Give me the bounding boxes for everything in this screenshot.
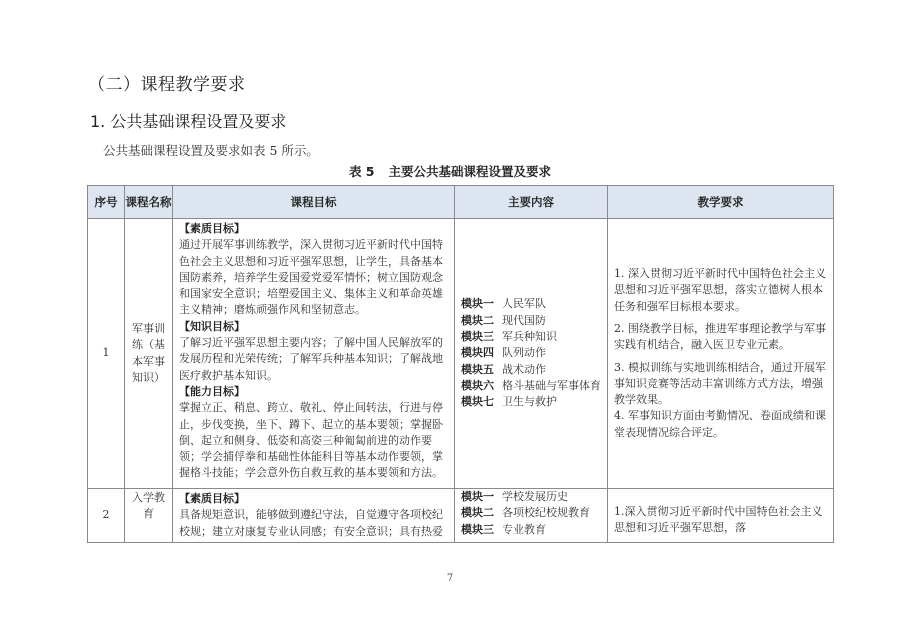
table-row: 2 入学教育 【素质目标】 具备规矩意识，能够做到遵纪守法，自觉遵守各项校纪校规… — [88, 489, 834, 543]
subsection-heading: 1. 公共基础课程设置及要求 — [90, 109, 286, 132]
goal-tag-knowledge: 【知识目标】 — [179, 319, 449, 335]
header-teaching-requirements: 教学要求 — [608, 186, 834, 219]
module-item: 模块二现代国防 — [461, 313, 601, 329]
module-item: 模块六格斗基础与军事体育 — [461, 378, 601, 394]
requirement-item: 1.深入贯彻习近平新时代中国特色社会主义思想和习近平强军思想，落 — [614, 504, 827, 537]
teaching-requirements: 1.深入贯彻习近平新时代中国特色社会主义思想和习近平强军思想，落 — [608, 489, 834, 543]
main-content: 模块一人民军队 模块二现代国防 模块三军兵种知识 模块四队列动作 模块五战术动作… — [455, 219, 608, 489]
goal-text-quality: 具备规矩意识，能够做到遵纪守法，自觉遵守各项校纪校规；建立对康复专业认同感；有安… — [179, 508, 443, 537]
page-number: 7 — [0, 573, 900, 584]
goal-text-ability: 掌握立正、稍息、跨立、敬礼、停止间转法，行进与停止，步伐变换，坐下、蹲下、起立的… — [179, 401, 443, 479]
goal-tag-quality: 【素质目标】 — [179, 221, 449, 237]
header-course-goals: 课程目标 — [173, 186, 455, 219]
intro-paragraph: 公共基础课程设置及要求如表 5 所示。 — [103, 141, 319, 159]
goal-tag-quality: 【素质目标】 — [179, 491, 449, 507]
module-item: 模块四队列动作 — [461, 345, 601, 361]
module-item: 模块三专业教育 — [461, 522, 601, 538]
table-caption-title: 主要公共基础课程设置及要求 — [389, 164, 552, 179]
teaching-requirements: 1. 深入贯彻习近平新时代中国特色社会主义思想和习近平强军思想，落实立德树人根本… — [608, 219, 834, 489]
module-item: 模块三军兵种知识 — [461, 329, 601, 345]
table-header-row: 序号 课程名称 课程目标 主要内容 教学要求 — [88, 186, 834, 219]
header-main-content: 主要内容 — [455, 186, 608, 219]
requirement-item: 1. 深入贯彻习近平新时代中国特色社会主义思想和习近平强军思想，落实立德树人根本… — [614, 266, 827, 315]
row-number: 1 — [88, 219, 125, 489]
course-goals: 【素质目标】 通过开展军事训练教学，深入贯彻习近平新时代中国特色社会主义思想和习… — [173, 219, 455, 489]
requirement-item: 2. 围绕教学目标，推进军事理论教学与军事实践有机结合，融入医卫专业元素。 — [614, 321, 827, 354]
requirement-item: 4. 军事知识方面由考勤情况、卷面成绩和课堂表现情况综合评定。 — [614, 408, 827, 441]
course-name: 入学教育 — [125, 489, 173, 543]
header-course-name: 课程名称 — [125, 186, 173, 219]
table-caption: 表 5主要公共基础课程设置及要求 — [0, 162, 900, 180]
course-goals: 【素质目标】 具备规矩意识，能够做到遵纪守法，自觉遵守各项校纪校规；建立对康复专… — [173, 489, 455, 543]
table-row: 1 军事训练（基本军事知识） 【素质目标】 通过开展军事训练教学，深入贯彻习近平… — [88, 219, 834, 489]
goal-text-quality: 通过开展军事训练教学，深入贯彻习近平新时代中国特色社会主义思想和习近平强军思想，… — [179, 238, 443, 316]
module-item: 模块一人民军队 — [461, 296, 601, 312]
module-item: 模块二各项校纪校规教育 — [461, 505, 601, 521]
goal-text-knowledge: 了解习近平强军思想主要内容；了解中国人民解放军的发展历程和光荣传统；了解军兵种基… — [179, 336, 443, 382]
requirement-item: 3. 模拟训练与实地训练相结合，通过开展军事知识竞赛等活动丰富训练方式方法，增强… — [614, 360, 827, 409]
goal-tag-ability: 【能力目标】 — [179, 384, 449, 400]
module-item: 模块五战术动作 — [461, 362, 601, 378]
course-table: 序号 课程名称 课程目标 主要内容 教学要求 1 军事训练（基本军事知识） 【素… — [87, 185, 834, 543]
header-no: 序号 — [88, 186, 125, 219]
course-name: 军事训练（基本军事知识） — [125, 219, 173, 489]
module-item: 模块七卫生与救护 — [461, 394, 601, 410]
table-caption-number: 表 5 — [349, 164, 375, 179]
row-number: 2 — [88, 489, 125, 543]
main-content: 模块一学校发展历史 模块二各项校纪校规教育 模块三专业教育 — [455, 489, 608, 543]
module-item: 模块一学校发展历史 — [461, 489, 601, 505]
section-heading: （二）课程教学要求 — [88, 70, 246, 95]
